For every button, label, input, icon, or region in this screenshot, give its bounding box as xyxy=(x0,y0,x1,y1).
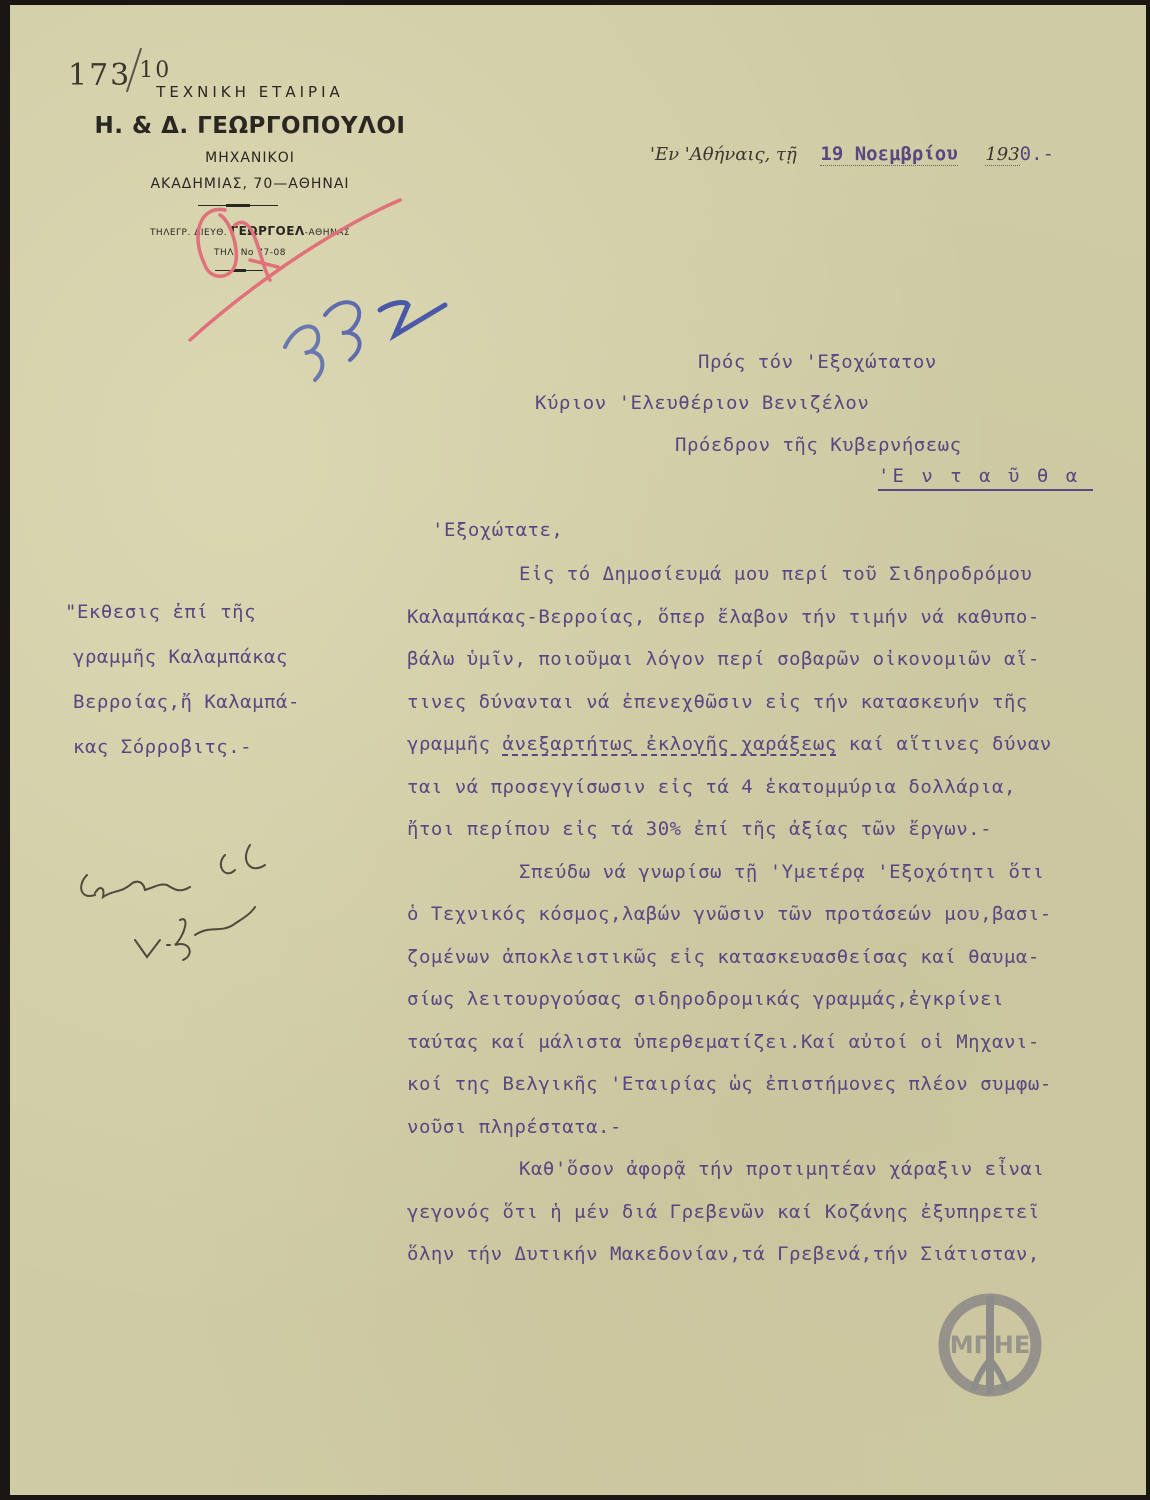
archive-number-sub: 10 xyxy=(139,58,171,83)
salutation: 'Εξοχώτατε, xyxy=(432,519,563,541)
body-line: τινες δύνανται νά ἐπενεχθῶσιν εἰς τήν κα… xyxy=(407,691,1052,734)
body-line: Καθ'ὅσον ἀφορᾷ τήν προτιμητέαν χάραξιν ε… xyxy=(407,1158,1052,1201)
body-underlined-phrase: ἀνεξαρτήτως ἐκλογῆς χαράξεως xyxy=(503,733,837,755)
document-page: 17310 ΤΕΧΝΙΚΗ ΕΤΑΙΡΙΑ Η. & Δ. ΓΕΩΡΓΟΠΟΥΛ… xyxy=(10,5,1146,1495)
body-line: Καλαμπάκας-Βερροίας, ὅπερ ἔλαβον τήν τιμ… xyxy=(407,606,1052,649)
svg-text:ΜΠΗΕ: ΜΠΗΕ xyxy=(950,1331,1030,1359)
letterhead-profession: ΜΗΧΑΝΙΚΟΙ xyxy=(70,150,430,166)
date-day-month: 19 Νοεμβρίου xyxy=(820,143,957,166)
handwritten-margin-note-icon xyxy=(75,835,285,965)
body-line: κοί της Βελγικῆς 'Εταιρίας ὡς ἐπιστήμονε… xyxy=(407,1073,1052,1116)
body-line: νοῦσι πληρέστατα.- xyxy=(407,1116,1052,1159)
body-line: βάλω ὑμῖν, ποιοῦμαι λόγον περί σοβαρῶν ο… xyxy=(407,648,1052,691)
addressee-line2: Κύριον 'Ελευθέριον Βενιζέλον xyxy=(535,392,869,414)
date-place: 'Εν 'Αθήναις, τῇ xyxy=(650,144,797,165)
body-line: Σπεύδω νά γνωρίσω τῇ 'Υμετέρᾳ 'Εξοχότητι… xyxy=(407,861,1052,904)
margin-subject-line: "Εκθεσις ἐπί τῆς xyxy=(65,601,300,623)
addressee-line3: Πρόεδρον τῆς Κυβερνήσεως xyxy=(675,434,962,456)
addressee-line4: 'Ε ν τ α ῦ θ α xyxy=(878,465,1093,491)
dateline: 'Εν 'Αθήναις, τῇ 19 Νοεμβρίου 1930.- xyxy=(650,143,1054,165)
body-line: ζομένων ἀποκλειστικῶς εἰς κατασκευασθείσ… xyxy=(407,946,1052,989)
letterhead-line1: ΤΕΧΝΙΚΗ ΕΤΑΙΡΙΑ xyxy=(70,83,430,101)
body-line: ἤτοι περίπου εἰς τά 30% ἐπί τῆς ἀξίας τῶ… xyxy=(407,818,1052,861)
body-line: γεγονός ὅτι ἡ μέν διά Γρεβενῶν καί Κοζάν… xyxy=(407,1201,1052,1244)
margin-subject: "Εκθεσις ἐπί τῆς γραμμῆς Καλαμπάκας Βερρ… xyxy=(65,601,300,758)
margin-subject-line: κας Σόρροβιτς.- xyxy=(65,736,300,758)
body-line: ὁ Τεχνικός κόσμος,λαβών γνῶσιν τῶν προτά… xyxy=(407,903,1052,946)
body-line: ταύτας καί μάλιστα ὑπερθεματίζει.Καί αὐτ… xyxy=(407,1031,1052,1074)
letter-body: Εἰς τό Δημοσίευμά μου περί τοῦ Σιδηροδρό… xyxy=(407,563,1052,1286)
letterhead-company: Η. & Δ. ΓΕΩΡΓΟΠΟΥΛΟΙ xyxy=(70,113,430,139)
margin-subject-line: Βερροίας,ἤ Καλαμπά- xyxy=(65,691,300,713)
date-year-suffix: 0.- xyxy=(1020,143,1054,165)
addressee-line1: Πρός τόν 'Εξοχώτατον xyxy=(698,351,937,373)
body-line: Εἰς τό Δημοσίευμά μου περί τοῦ Σιδηροδρό… xyxy=(407,563,1052,606)
body-line: γραμμῆς ἀνεξαρτήτως ἐκλογῆς χαράξεως καί… xyxy=(407,733,1052,776)
body-line: ὅλην τήν Δυτικήν Μακεδονίαν,τά Γρεβενά,τ… xyxy=(407,1243,1052,1286)
body-line: σίως λειτουργούσας σιδηροδρομικάς γραμμά… xyxy=(407,988,1052,1031)
blue-pencil-number-icon xyxy=(280,275,450,385)
body-line: ται νά προσεγγίσωσιν εἰς τά 4 ἑκατομμύρι… xyxy=(407,776,1052,819)
date-year-prefix: 193 xyxy=(985,144,1019,166)
margin-subject-line: γραμμῆς Καλαμπάκας xyxy=(65,646,300,668)
body-text-fragment: καί αἵτινες δύναν xyxy=(837,733,1052,755)
archive-stamp-icon: ΜΠΗΕ xyxy=(935,1290,1045,1400)
body-text-fragment: γραμμῆς xyxy=(407,733,503,755)
